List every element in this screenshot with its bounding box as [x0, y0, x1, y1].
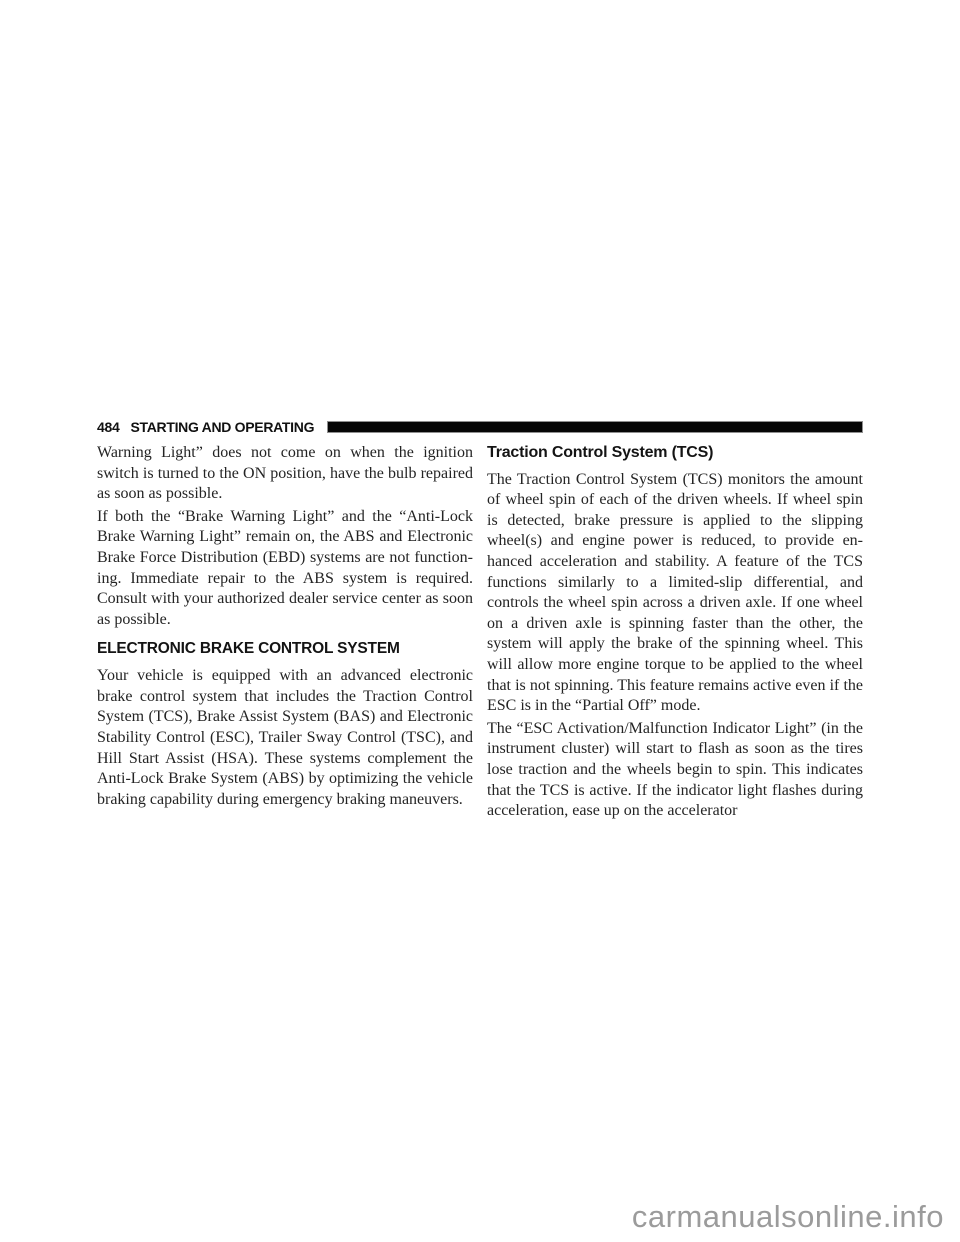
page-number: 484: [97, 419, 119, 435]
paragraph: The “ESC Activation/Malfunction Indicato…: [487, 719, 863, 822]
manual-page: 484 STARTING AND OPERATING Warning Light…: [0, 0, 960, 1242]
running-header-title: STARTING AND OPERATING: [130, 419, 314, 435]
two-column-text: Warning Light” does not come on when the…: [97, 443, 863, 824]
paragraph: If both the “Brake Warning Light” and th…: [97, 507, 473, 631]
section-heading: ELECTRONIC BRAKE CONTROL SYSTEM: [97, 640, 473, 658]
left-column: Warning Light” does not come on when the…: [97, 443, 473, 824]
subsection-heading: Traction Control System (TCS): [487, 444, 863, 462]
paragraph: Warning Light” does not come on when the…: [97, 443, 473, 505]
running-header: 484 STARTING AND OPERATING: [97, 420, 863, 434]
header-rule-bar: [327, 421, 863, 433]
paragraph: The Traction Control System (TCS) monito…: [487, 470, 863, 717]
paragraph: Your vehicle is equipped with an advance…: [97, 666, 473, 810]
right-column: Traction Control System (TCS) The Tracti…: [487, 443, 863, 824]
page-content: 484 STARTING AND OPERATING Warning Light…: [97, 420, 863, 824]
watermark: carmanualsonline.info: [632, 1199, 944, 1235]
